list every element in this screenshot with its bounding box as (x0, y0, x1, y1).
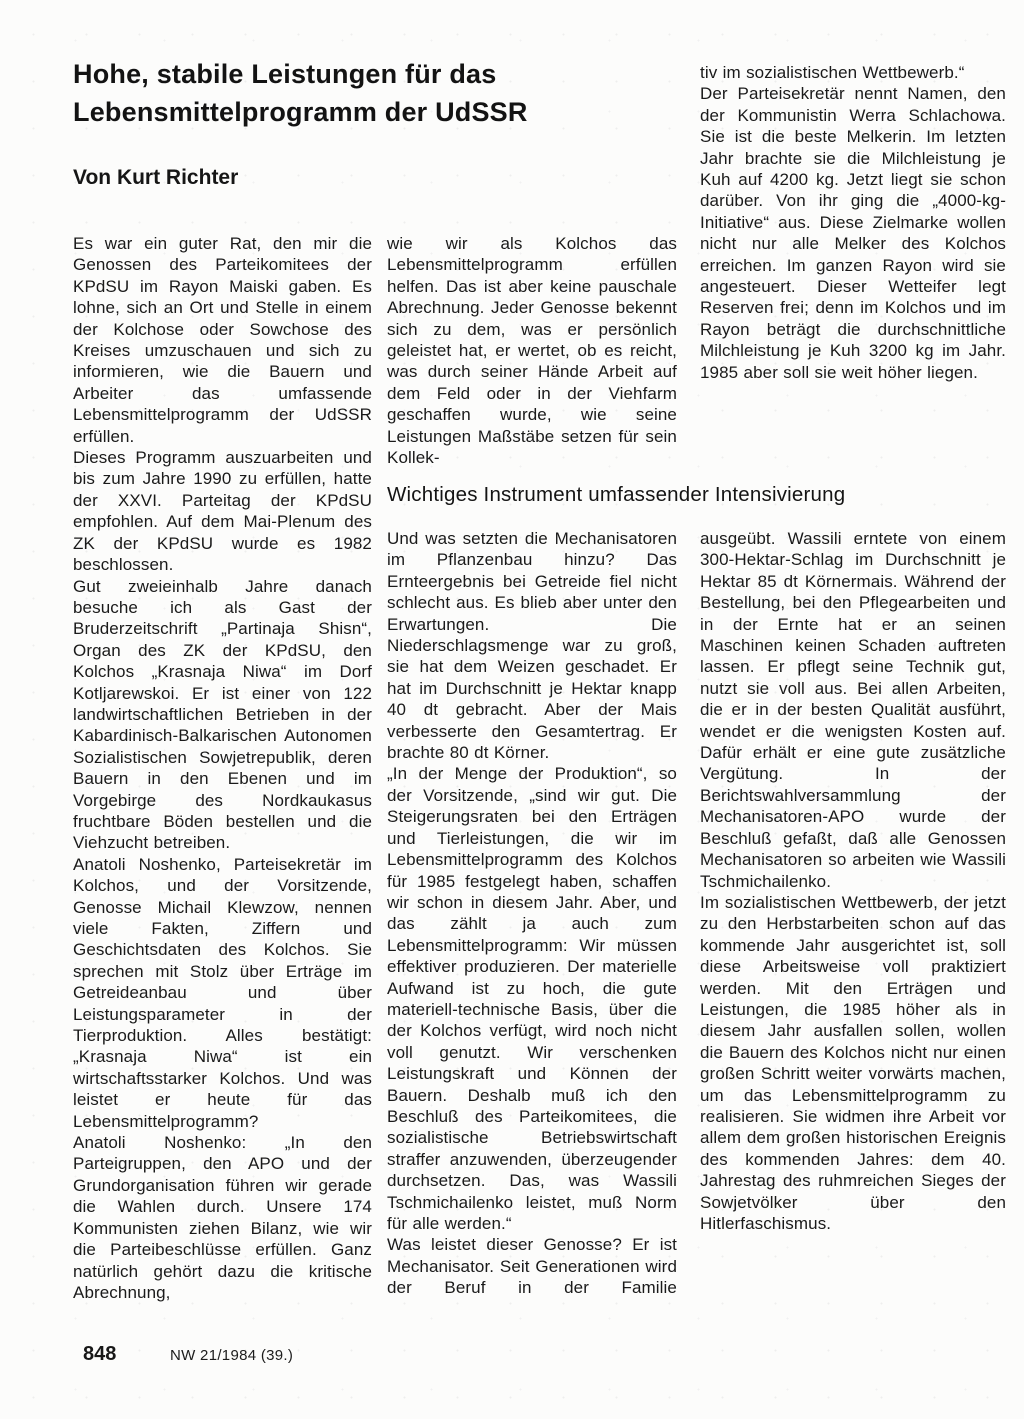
paragraph: ausgeübt. Wassili erntete von einem 300-… (700, 528, 1006, 892)
page-number: 848 (83, 1343, 116, 1366)
paragraph: wie wir als Kolchos das Lebensmittelprog… (387, 233, 677, 468)
magazine-page: Hohe, stabile Leistungen für das Lebensm… (0, 0, 1024, 1419)
paragraph: „In der Menge der Produktion“, so der Vo… (387, 763, 677, 1234)
paragraph: Es war ein guter Rat, den mir die Genoss… (73, 233, 372, 447)
paragraph: Im sozialistischen Wettbewerb, der jetzt… (700, 892, 1006, 1235)
body-column-3-upper: tiv im sozialistischen Wettbewerb.“ Der … (700, 62, 1006, 383)
paragraph: Der Parteisekretär nennt Namen, den der … (700, 83, 1006, 383)
paragraph: Und was setzten die Mechanisatoren im Pf… (387, 528, 677, 763)
body-column-1: Es war ein guter Rat, den mir die Genoss… (73, 233, 372, 1303)
paragraph: Anatoli Noshenko: „In den Parteigruppen,… (73, 1132, 372, 1303)
body-column-2-upper: wie wir als Kolchos das Lebensmittelprog… (387, 233, 677, 468)
paragraph: Was leistet dieser Genosse? Er ist Mecha… (387, 1234, 677, 1298)
paragraph: Anatoli Noshenko, Parteisekretär im Kolc… (73, 854, 372, 1132)
article-title: Hohe, stabile Leistungen für das Lebensm… (73, 55, 563, 131)
paragraph: Gut zweieinhalb Jahre danach besuche ich… (73, 576, 372, 854)
paragraph: tiv im sozialistischen Wettbewerb.“ (700, 62, 1006, 83)
issue-label: NW 21/1984 (39.) (170, 1347, 293, 1364)
body-column-2-lower: Und was setzten die Mechanisatoren im Pf… (387, 528, 677, 1299)
section-heading: Wichtiges Instrument umfassender Intensi… (387, 483, 1007, 507)
paragraph: Dieses Programm auszuarbeiten und bis zu… (73, 447, 372, 575)
article-byline: Von Kurt Richter (73, 166, 473, 190)
body-column-3-lower: ausgeübt. Wassili erntete von einem 300-… (700, 528, 1006, 1234)
